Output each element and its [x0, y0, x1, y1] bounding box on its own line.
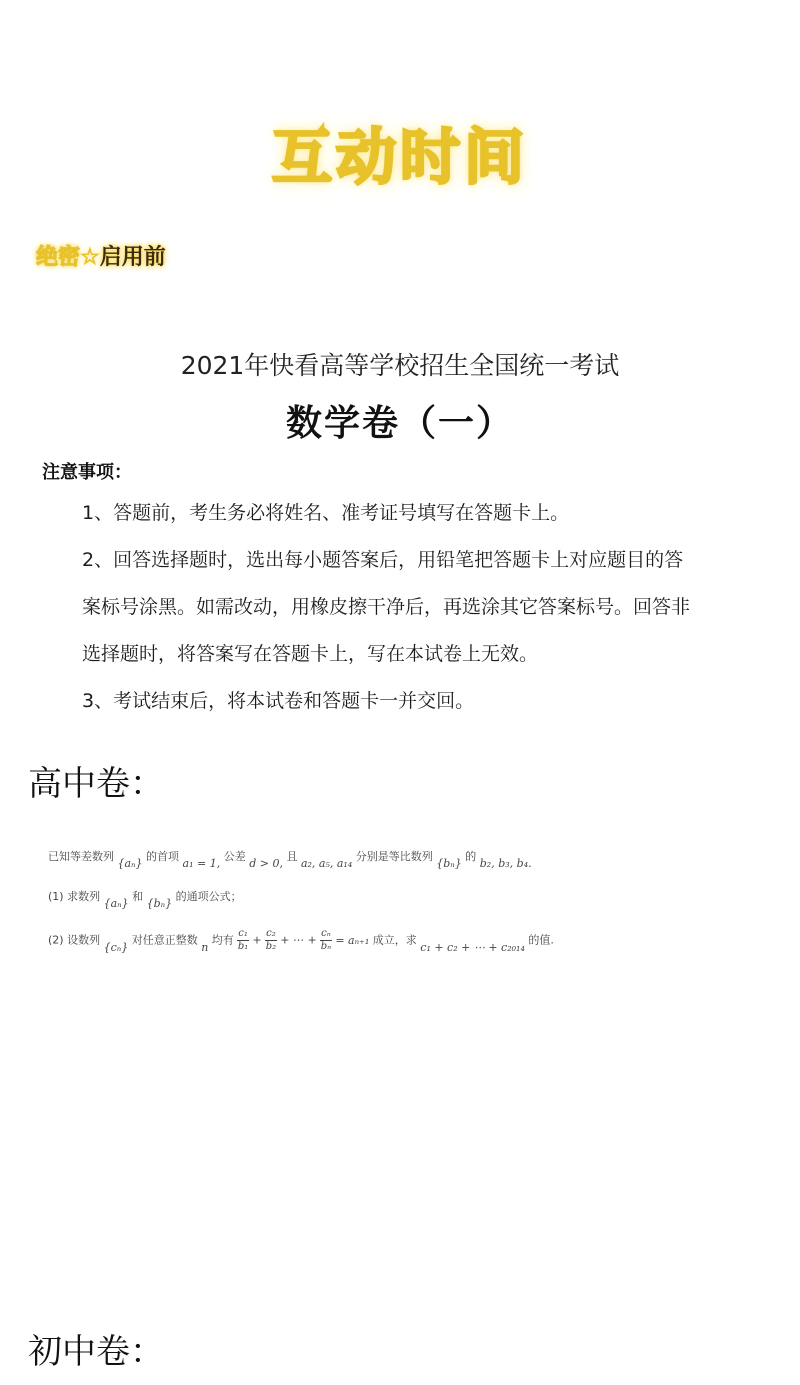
- paper-title: 数学卷（一）: [0, 395, 800, 446]
- note-line: 选择题时，将答案写在答题卡上，写在本试卷上无效。: [82, 631, 772, 678]
- notes-list: 1、答题前，考生务必将姓名、准考证号填写在答题卡上。 2、回答选择题时，选出每小…: [82, 490, 772, 725]
- secret-label: 绝密☆启用前: [36, 240, 166, 271]
- problem-line-2: (1) 求数列 {aₙ} 和 {bₙ} 的通项公式；: [48, 888, 588, 928]
- problem-block: 已知等差数列 {aₙ} 的首项 a₁ = 1, 公差 d > 0, 且 a₂, …: [48, 848, 588, 968]
- section-senior-heading: 高中卷：: [28, 756, 164, 805]
- note-line: 3、考试结束后，将本试卷和答题卡一并交回。: [82, 678, 772, 725]
- banner-title: 互动时间: [272, 110, 528, 196]
- problem-line-3: (2) 设数列 {cₙ} 对任意正整数 n 均有 c₁b₁ + c₂b₂ + ⋯…: [48, 928, 588, 968]
- fraction: c₂b₂: [265, 928, 277, 953]
- secret-label-dark: 启用前: [100, 245, 166, 270]
- note-line: 案标号涂黑。如需改动，用橡皮擦干净后，再选涂其它答案标号。回答非: [82, 584, 772, 631]
- note-line: 1、答题前，考生务必将姓名、准考证号填写在答题卡上。: [82, 490, 772, 537]
- exam-title: 2021年快看高等学校招生全国统一考试: [0, 346, 800, 382]
- problem-line-1: 已知等差数列 {aₙ} 的首项 a₁ = 1, 公差 d > 0, 且 a₂, …: [48, 848, 588, 888]
- section-junior-heading: 初中卷：: [28, 1324, 164, 1373]
- note-line: 2、回答选择题时，选出每小题答案后，用铅笔把答题卡上对应题目的答: [82, 537, 772, 584]
- fraction: cₙbₙ: [320, 928, 332, 953]
- notes-heading: 注意事项：: [42, 458, 132, 484]
- secret-label-yellow: 绝密☆: [36, 245, 100, 270]
- fraction: c₁b₁: [237, 928, 249, 953]
- banner: 互动时间: [0, 110, 800, 196]
